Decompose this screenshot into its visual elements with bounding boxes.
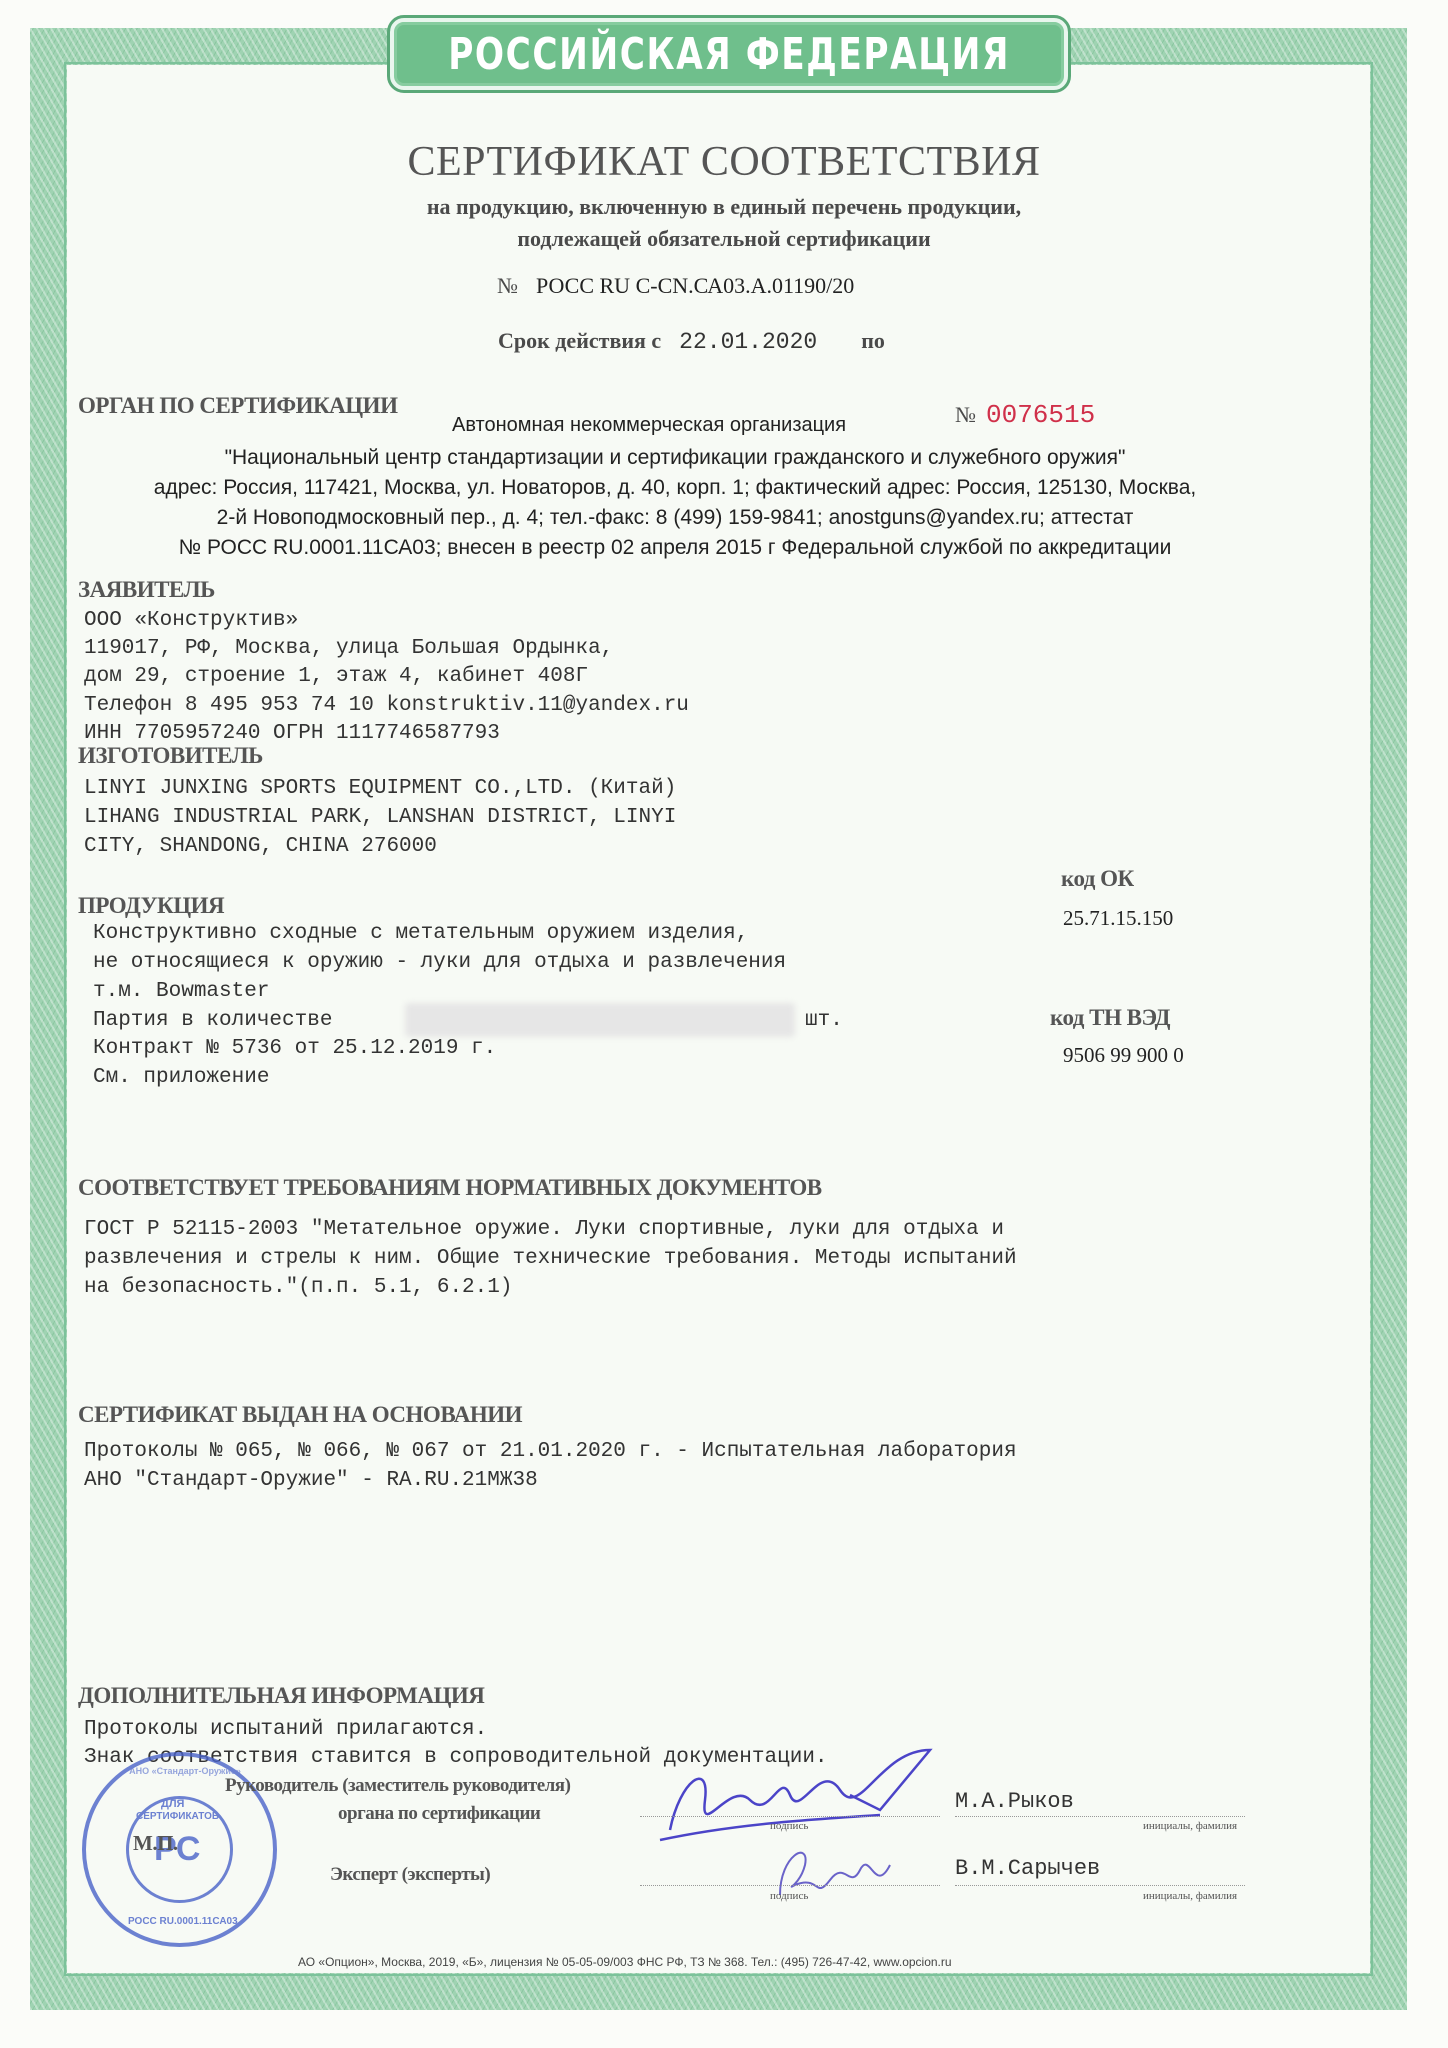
- tnved-code-label: код ТН ВЭД: [1050, 1005, 1170, 1031]
- head-signature-line: [640, 1816, 940, 1817]
- document-title: СЕРТИФИКАТ СООТВЕТСТВИЯ: [0, 138, 1448, 186]
- basis-line-1: Протоколы № 065, № 066, № 067 от 21.01.2…: [84, 1440, 1017, 1463]
- applicant-line-4: Телефон 8 495 953 74 10 konstruktiv.11@y…: [84, 694, 689, 717]
- subtitle-line-2: подлежащей обязательной сертификации: [0, 226, 1448, 252]
- product-line-3: т.м. Bowmaster: [93, 980, 269, 1003]
- cert-body-line-1: Автономная некоммерческая организация: [452, 414, 846, 437]
- basis-heading: СЕРТИФИКАТ ВЫДАН НА ОСНОВАНИИ: [78, 1402, 522, 1428]
- cert-body-line-3: адрес: Россия, 117421, Москва, ул. Новат…: [60, 476, 1290, 500]
- valid-from-date: 22.01.2020: [679, 329, 817, 355]
- head-name: М.А.Рыков: [955, 1789, 1074, 1814]
- banner-text: РОССИЙСКАЯ ФЕДЕРАЦИЯ: [448, 29, 1010, 80]
- head-signature-caption: подпись: [770, 1820, 808, 1832]
- expert-name: В.М.Сарычев: [955, 1856, 1100, 1881]
- cert-body-line-5: № РОСС RU.0001.11СА03; внесен в реестр 0…: [60, 536, 1290, 560]
- cert-body-line-2: "Национальный центр стандартизации и сер…: [60, 446, 1290, 470]
- see-appendix: См. приложение: [93, 1066, 269, 1089]
- contract-line: Контракт № 5736 от 25.12.2019 г.: [93, 1037, 496, 1060]
- tnved-code-value: 9506 99 900 0: [1063, 1043, 1184, 1068]
- seal-registration: РОСС RU.0001.11СА03: [128, 1916, 238, 1927]
- additional-line-1: Протоколы испытаний прилагаются.: [84, 1718, 487, 1741]
- manufacturer-line-1: LINYI JUNXING SPORTS EQUIPMENT CO.,LTD. …: [84, 777, 676, 800]
- applicant-line-3: дом 29, строение 1, этаж 4, кабинет 408Г: [84, 665, 588, 688]
- basis-line-2: АНО "Стандарт-Оружие" - RA.RU.21МЖ38: [84, 1469, 538, 1492]
- expert-name-line: [955, 1885, 1245, 1886]
- manufacturer-line-3: CITY, SHANDONG, CHINA 276000: [84, 835, 437, 858]
- requirements-line-2: развлечения и стрелы к ним. Общие технич…: [84, 1247, 1017, 1270]
- head-name-line: [955, 1816, 1245, 1817]
- requirements-line-1: ГОСТ Р 52115-2003 "Метательное оружие. Л…: [84, 1218, 1004, 1241]
- head-signature-icon: [650, 1740, 950, 1850]
- product-line-1: Конструктивно сходные с метательным оруж…: [93, 922, 748, 945]
- number-sign: №: [497, 273, 518, 298]
- valid-to-label: по: [861, 328, 885, 353]
- seal-label: М.П.: [133, 1831, 178, 1856]
- batch-unit: шт.: [805, 1009, 843, 1032]
- certificate-number-value: РОСС RU С-CN.СА03.А.01190/20: [536, 273, 854, 298]
- applicant-heading: ЗАЯВИТЕЛЬ: [78, 577, 215, 603]
- applicant-line-2: 119017, РФ, Москва, улица Большая Ордынк…: [84, 637, 613, 660]
- product-line-2: не относящиеся к оружию - луки для отдых…: [93, 951, 786, 974]
- serial-number-value: 0076515: [986, 400, 1095, 430]
- serial-number-sign: №: [955, 402, 976, 427]
- manufacturer-line-2: LIHANG INDUSTRIAL PARK, LANSHAN DISTRICT…: [84, 806, 676, 829]
- seal-inner-label: СЕРТИФИКАТОВ: [136, 1811, 219, 1822]
- applicant-line-1: ООО «Конструктив»: [84, 609, 298, 632]
- country-banner: РОССИЙСКАЯ ФЕДЕРАЦИЯ: [390, 18, 1068, 90]
- serial-number: № 0076515: [955, 400, 1095, 430]
- head-label-line-2: органа по сертификации: [338, 1803, 540, 1825]
- cert-body-line-4: 2-й Новоподмосковный пер., д. 4; тел.-фа…: [60, 506, 1290, 530]
- seal-inner-top: ДЛЯ: [161, 1798, 184, 1810]
- redacted-quantity: [405, 1003, 795, 1037]
- printer-footer: АО «Опцион», Москва, 2019, «Б», лицензия…: [298, 1955, 952, 1969]
- certification-body-heading: ОРГАН ПО СЕРТИФИКАЦИИ: [78, 393, 397, 419]
- manufacturer-heading: ИЗГОТОВИТЕЛЬ: [78, 743, 263, 769]
- batch-label: Партия в количестве: [93, 1009, 332, 1032]
- product-heading: ПРОДУКЦИЯ: [78, 893, 224, 919]
- requirements-line-3: на безопасность."(п.п. 5.1, 6.2.1): [84, 1276, 512, 1299]
- additional-info-heading: ДОПОЛНИТЕЛЬНАЯ ИНФОРМАЦИЯ: [78, 1683, 484, 1709]
- expert-signature-icon: [760, 1835, 900, 1915]
- validity: Срок действия с 22.01.2020 по: [498, 328, 885, 355]
- expert-label: Эксперт (эксперты): [330, 1864, 490, 1886]
- validity-label: Срок действия с: [498, 328, 661, 353]
- expert-name-caption: инициалы, фамилия: [1143, 1890, 1237, 1902]
- ok-code-label: код ОК: [1061, 866, 1134, 892]
- expert-signature-line: [640, 1885, 940, 1886]
- requirements-heading: СООТВЕТСТВУЕТ ТРЕБОВАНИЯМ НОРМАТИВНЫХ ДО…: [78, 1175, 822, 1201]
- expert-signature-caption: подпись: [770, 1890, 808, 1902]
- subtitle-line-1: на продукцию, включенную в единый перече…: [0, 194, 1448, 220]
- applicant-line-5: ИНН 7705957240 ОГРН 1117746587793: [84, 722, 500, 745]
- head-label-line-1: Руководитель (заместитель руководителя): [225, 1775, 570, 1797]
- certificate-number: № РОСС RU С-CN.СА03.А.01190/20: [497, 273, 854, 299]
- ok-code-value: 25.71.15.150: [1063, 906, 1173, 931]
- head-name-caption: инициалы, фамилия: [1143, 1820, 1237, 1832]
